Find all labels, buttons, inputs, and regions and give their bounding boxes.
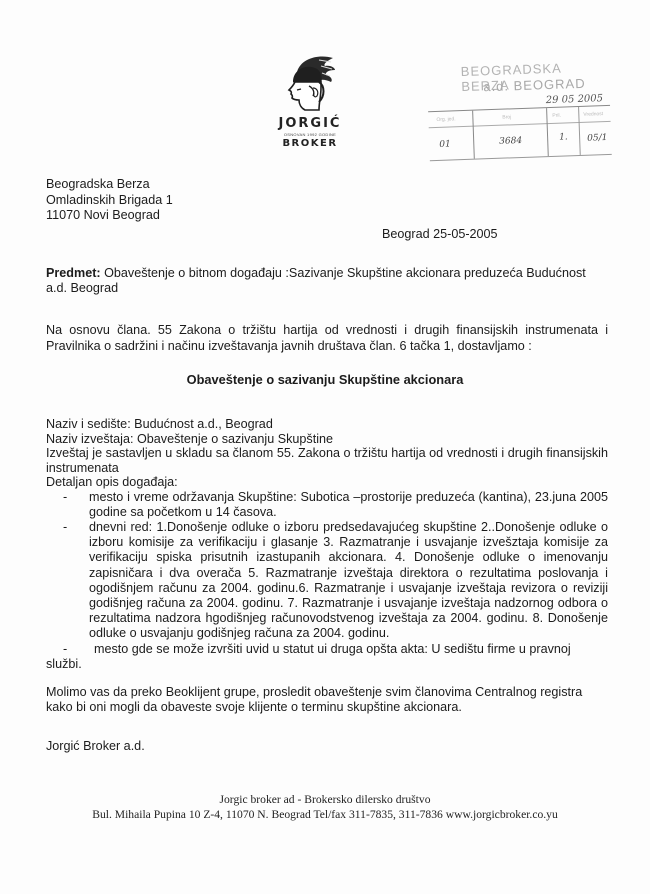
stamp-org-city: a.d. BEOGRAD [483, 76, 586, 95]
report-name: Naziv izveštaja: Obaveštenje o sazivanju… [46, 432, 608, 447]
brand-subtitle: BROKER [262, 138, 358, 149]
stamp-cell: 3684 [499, 136, 522, 147]
stamp-col-header: Vrednost [583, 111, 603, 118]
notice-details: Naziv i sedište: Budućnost a.d., Beograd… [46, 417, 608, 671]
bullet-dash: - [63, 520, 67, 535]
brand-name: JORGIĆ [262, 116, 358, 131]
winged-helmet-head-icon [279, 52, 341, 114]
place-date: Beograd 25-05-2005 [382, 227, 498, 242]
footer-contact: Bul. Mihaila Pupina 10 Z-4, 11070 N. Beo… [0, 808, 650, 821]
letter-page: JORGIĆ OSNOVAN 1992 GODINE BROKER BEOGRA… [0, 0, 650, 894]
stamp-col-header: Broj [502, 114, 511, 120]
bullet-dash: - [63, 490, 67, 505]
stamp-grid: Org. jed. Broj Pril. Vrednost 01 3684 1.… [428, 105, 612, 161]
stamp-cell: 05/1 [587, 133, 608, 144]
stamp-col-header: Pril. [552, 113, 561, 119]
compliance-statement: Izveštaj je sastavljen u skladu sa člano… [46, 446, 608, 475]
brand-founded-text: OSNOVAN 1992 GODINE [262, 132, 358, 137]
intro-paragraph: Na osnovu člana. 55 Zakona o tržištu har… [46, 323, 608, 354]
footer-company: Jorgic broker ad - Brokersko dilersko dr… [0, 793, 650, 806]
notice-title: Obaveštenje o sazivanju Skupštine akcion… [0, 372, 650, 387]
list-item: -mesto i vreme održavanja Skupštine: Sub… [46, 490, 608, 520]
stamp-cell: 01 [439, 139, 451, 149]
recipient-name: Beogradska Berza [46, 177, 173, 193]
stamp-received-date: 29 05 2005 [546, 93, 604, 106]
bullet-dash: - [63, 642, 67, 657]
recipient-street: Omladinskih Brigada 1 [46, 193, 173, 209]
recipient-address: Beogradska Berza Omladinskih Brigada 1 1… [46, 177, 173, 224]
signature: Jorgić Broker a.d. [46, 739, 145, 754]
list-item: -dnevni red: 1.Donošenje odluke o izboru… [46, 520, 608, 642]
subject-label: Predmet: [46, 266, 101, 280]
company-logo: JORGIĆ OSNOVAN 1992 GODINE BROKER [262, 52, 358, 149]
receipt-stamp: BEOGRADSKA BERZA a.d. BEOGRAD 29 05 2005… [426, 47, 615, 165]
description-label: Detaljan opis događaja: [46, 475, 608, 490]
subject-text: Obaveštenje o bitnom događaju :Sazivanje… [46, 266, 586, 295]
company-name-seat: Naziv i sedište: Budućnost a.d., Beograd [46, 417, 608, 432]
list-item: -mesto gde se može izvršiti uvid u statu… [46, 642, 608, 657]
recipient-city: 11070 Novi Beograd [46, 208, 173, 224]
subject-line: Predmet: Obaveštenje o bitnom događaju :… [46, 266, 606, 296]
stamp-cell: 1. [559, 132, 568, 142]
stamp-col-header: Org. jed. [436, 116, 455, 123]
closing-paragraph: Molimo vas da preko Beoklijent grupe, pr… [46, 685, 606, 715]
event-details-list: -mesto i vreme održavanja Skupštine: Sub… [46, 490, 608, 657]
list-item-continuation: službi. [46, 657, 608, 672]
